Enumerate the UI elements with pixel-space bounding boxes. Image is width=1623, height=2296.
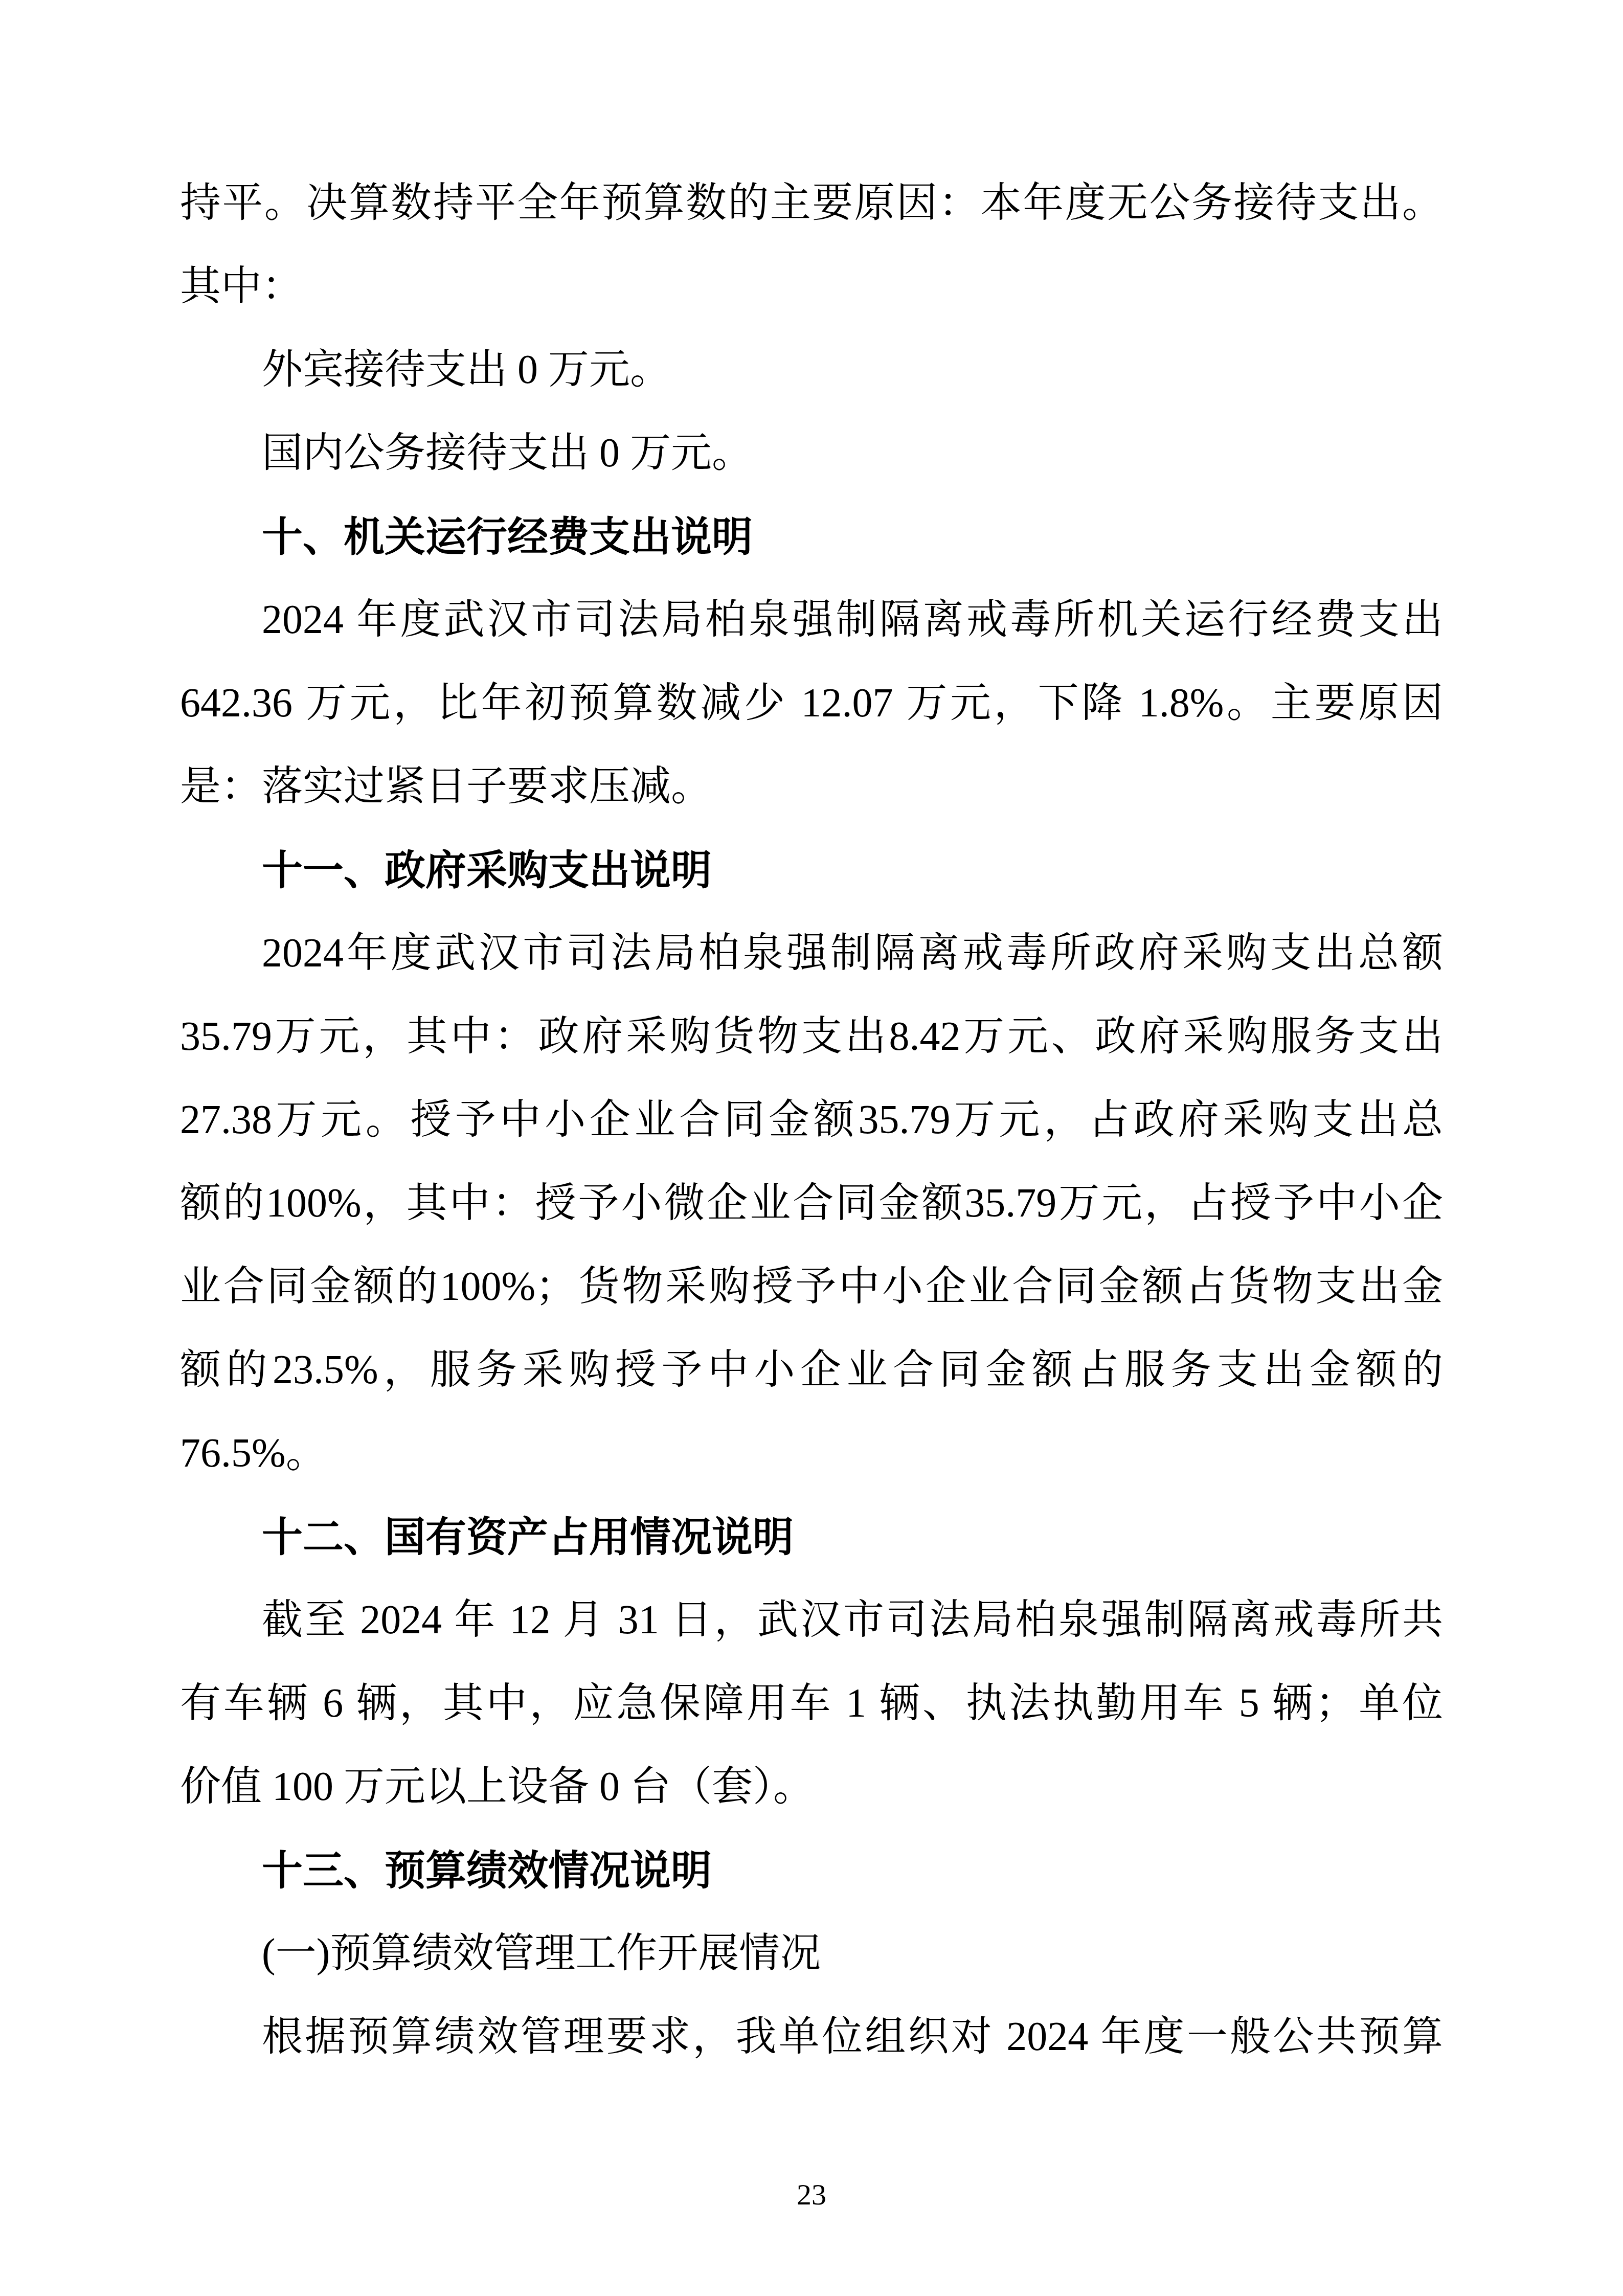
document-page: 持平。决算数持平全年预算数的主要原因：本年度无公务接待支出。 其中： 外宾接待支… [0,0,1623,2296]
subsection-heading: (一)预算绩效管理工作开展情况 [180,1912,1443,1995]
paragraph-line: 2024 年度武汉市司法局柏泉强制隔离戒毒所机关运行经费支出 [180,578,1443,662]
paragraph-line: 642.36 万元，比年初预算数减少 12.07 万元，下降 1.8%。主要原因 [180,662,1443,745]
paragraph-line: 截至 2024 年 12 月 31 日，武汉市司法局柏泉强制隔离戒毒所共 [180,1579,1443,1662]
paragraph-line: 其中： [180,245,1443,328]
section-heading-13: 十三、预算绩效情况说明 [180,1829,1443,1912]
paragraph-line: 根据预算绩效管理要求，我单位组织对 2024 年度一般公共预算 [180,1995,1443,2079]
paragraph-line: 外宾接待支出 0 万元。 [180,328,1443,412]
paragraph-line: 持平。决算数持平全年预算数的主要原因：本年度无公务接待支出。 [180,162,1443,245]
paragraph-line: 是：落实过紧日子要求压减。 [180,745,1443,828]
paragraph-line: 76.5%。 [180,1412,1443,1495]
section-heading-11: 十一、政府采购支出说明 [180,828,1443,912]
paragraph-line: 27.38万元。授予中小企业合同金额35.79万元，占政府采购支出总 [180,1078,1443,1162]
paragraph-line: 业合同金额的100%；货物采购授予中小企业合同金额占货物支出金 [180,1245,1443,1329]
paragraph-line: 35.79万元，其中：政府采购货物支出8.42万元、政府采购服务支出 [180,995,1443,1078]
section-heading-12: 十二、国有资产占用情况说明 [180,1495,1443,1579]
section-heading-10: 十、机关运行经费支出说明 [180,495,1443,578]
paragraph-line: 2024年度武汉市司法局柏泉强制隔离戒毒所政府采购支出总额 [180,912,1443,995]
document-content: 持平。决算数持平全年预算数的主要原因：本年度无公务接待支出。 其中： 外宾接待支… [180,162,1443,2079]
paragraph-line: 额的23.5%，服务采购授予中小企业合同金额占服务支出金额的 [180,1329,1443,1412]
paragraph-line: 有车辆 6 辆，其中，应急保障用车 1 辆、执法执勤用车 5 辆；单位 [180,1662,1443,1745]
paragraph-line: 国内公务接待支出 0 万元。 [180,412,1443,495]
page-number: 23 [0,2174,1623,2215]
paragraph-line: 价值 100 万元以上设备 0 台（套）。 [180,1745,1443,1829]
paragraph-line: 额的100%，其中：授予小微企业合同金额35.79万元，占授予中小企 [180,1162,1443,1245]
